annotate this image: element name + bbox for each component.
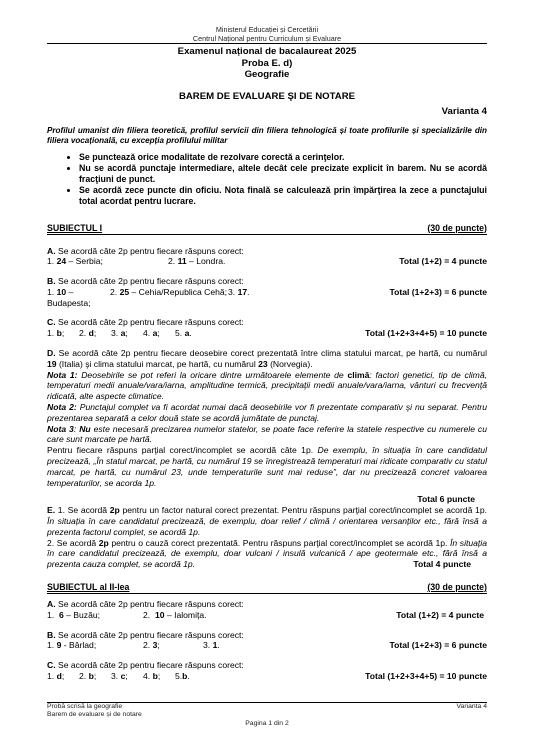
item-1e: E. 1. Se acordă 2p pentru un factor natu…: [47, 505, 487, 570]
profile-note: Profilul umanist din filiera teoretică, …: [47, 126, 487, 146]
answer: 1. 6 – Buzău;: [47, 610, 143, 621]
rule-item: Se acordă zece puncte din oficiu. Nota f…: [79, 185, 487, 207]
answer: 2. 10 – Ialomița.: [143, 610, 207, 621]
item-letter: B.: [47, 276, 56, 286]
section-header-subject-2: SUBIECTUL al II-lea (30 de puncte): [47, 582, 487, 594]
rule-item: Nu se acordă punctaje intermediare, alte…: [79, 163, 487, 185]
rule-item: Se punctează orice modalitate de rezolva…: [79, 152, 487, 163]
item-instruction: Se acordă câte 2p pentru fiecare răspuns…: [56, 246, 244, 256]
item-total: Total (1+2+3) = 6 puncte: [389, 640, 487, 651]
item-letter: A.: [47, 599, 56, 609]
answer: 5.b.: [175, 671, 190, 682]
item-1a: A. Se acordă câte 2p pentru fiecare răsp…: [47, 246, 487, 268]
partial-credit-note: Pentru fiecare răspuns parţial corect/in…: [47, 445, 487, 488]
answer: 1. 9 - Bârlad;: [47, 640, 143, 651]
section-points: (30 de puncte): [427, 223, 487, 234]
note-3: Nota 3: Nu este necesară precizarea nume…: [47, 424, 487, 446]
item-instruction: Se acordă câte 2p pentru fiecare răspuns…: [56, 599, 244, 609]
item-1b: B. Se acordă câte 2p pentru fiecare răsp…: [47, 276, 487, 308]
item-letter: C.: [47, 660, 56, 670]
item-letter: B.: [47, 630, 56, 640]
subject-title: Geografie: [47, 69, 487, 81]
answer: 2. b;: [79, 671, 111, 682]
footer-barem-label: Barem de evaluare și de notare: [47, 711, 487, 719]
item-2a: A. Se acordă câte 2p pentru fiecare răsp…: [47, 599, 487, 621]
item-letter: C.: [47, 317, 56, 327]
section-points: (30 de puncte): [427, 582, 487, 593]
item-instruction: Se acordă câte 2p pentru fiecare răspuns…: [56, 660, 244, 670]
section-title: SUBIECTUL al II-lea: [47, 582, 129, 593]
item-total: Total (1+2+3+4+5) = 10 puncte: [365, 328, 487, 339]
item-total: Total (1+2+3) = 6 puncte: [389, 287, 487, 298]
answer: 2. d;: [79, 328, 111, 339]
item-letter: E.: [47, 505, 55, 515]
note-2: Nota 2: Punctajul complet va fi acordat …: [47, 402, 487, 424]
ministry-header: Ministerul Educației și Cercetării Centr…: [47, 26, 487, 43]
item-letter: D.: [47, 348, 56, 358]
barem-title: BAREM DE EVALUARE ŞI DE NOTARE: [47, 91, 487, 102]
center-name: Centrul Național pentru Curriculum și Ev…: [47, 35, 487, 44]
answer: 1. 24 – Serbia;: [47, 256, 168, 267]
answer: 5. a.: [175, 328, 192, 339]
item-total: Total (1+2+3+4+5) = 10 puncte: [365, 671, 487, 682]
note-1: Nota 1: Deosebirile se pot referi la ori…: [47, 370, 487, 402]
footer-variant: Varianta 4: [457, 703, 487, 711]
answer: 3. 17.: [228, 287, 250, 298]
page-footer: Probă scrisă la geografie Varianta 4 Bar…: [47, 702, 487, 727]
exam-title-block: Examenul național de bacalaureat 2025 Pr…: [47, 46, 487, 81]
item-total: Total (1+2) = 4 puncte: [396, 610, 487, 621]
section-header-subject-1: SUBIECTUL I (30 de puncte): [47, 223, 487, 235]
item-2b: B. Se acordă câte 2p pentru fiecare răsp…: [47, 630, 487, 652]
answer: 2. 25 – Cehia/Republica Cehă;: [110, 287, 228, 298]
item-instruction: Se acordă câte 2p pentru fiecare răspuns…: [56, 630, 244, 640]
answer: 3. 1.: [203, 640, 220, 651]
item-letter: A.: [47, 246, 56, 256]
item-instruction: Se acordă câte 2p pentru fiecare răspuns…: [56, 276, 244, 286]
item-total: Total (1+2) = 4 puncte: [399, 256, 487, 267]
answer: 3. c;: [111, 671, 143, 682]
item-total: Total 6 puncte: [47, 494, 487, 505]
answer: 4. b;: [143, 671, 175, 682]
footer-exam-label: Probă scrisă la geografie: [47, 703, 122, 711]
answer: 3. a;: [111, 328, 143, 339]
answer: 2. 11 – Londra.: [168, 256, 225, 267]
answer: 2. 3;: [143, 640, 203, 651]
page-number: Pagina 1 din 2: [47, 720, 487, 727]
general-rules: Se punctează orice modalitate de rezolva…: [47, 152, 487, 207]
answer: 1. d;: [47, 671, 79, 682]
item-2c: C. Se acordă câte 2p pentru fiecare răsp…: [47, 660, 487, 682]
section-title: SUBIECTUL I: [47, 223, 102, 234]
header-rule: [47, 43, 487, 44]
item-1d: D. Se acordă câte 2p pentru fiecare deos…: [47, 348, 487, 505]
document-page: Ministerul Educației și Cercetării Centr…: [47, 0, 487, 682]
item-total: Total 4 puncte: [413, 559, 471, 570]
exam-title: Examenul național de bacalaureat 2025: [47, 46, 487, 58]
item-1c: C. Se acordă câte 2p pentru fiecare răsp…: [47, 317, 487, 339]
answer: 4. a;: [143, 328, 175, 339]
answer: 1. 10 – Budapesta;: [47, 287, 110, 309]
answer: 1. b;: [47, 328, 79, 339]
item-instruction: Se acordă câte 2p pentru fiecare răspuns…: [56, 317, 244, 327]
variant-label: Varianta 4: [47, 106, 487, 117]
probe-title: Proba E. d): [47, 58, 487, 70]
